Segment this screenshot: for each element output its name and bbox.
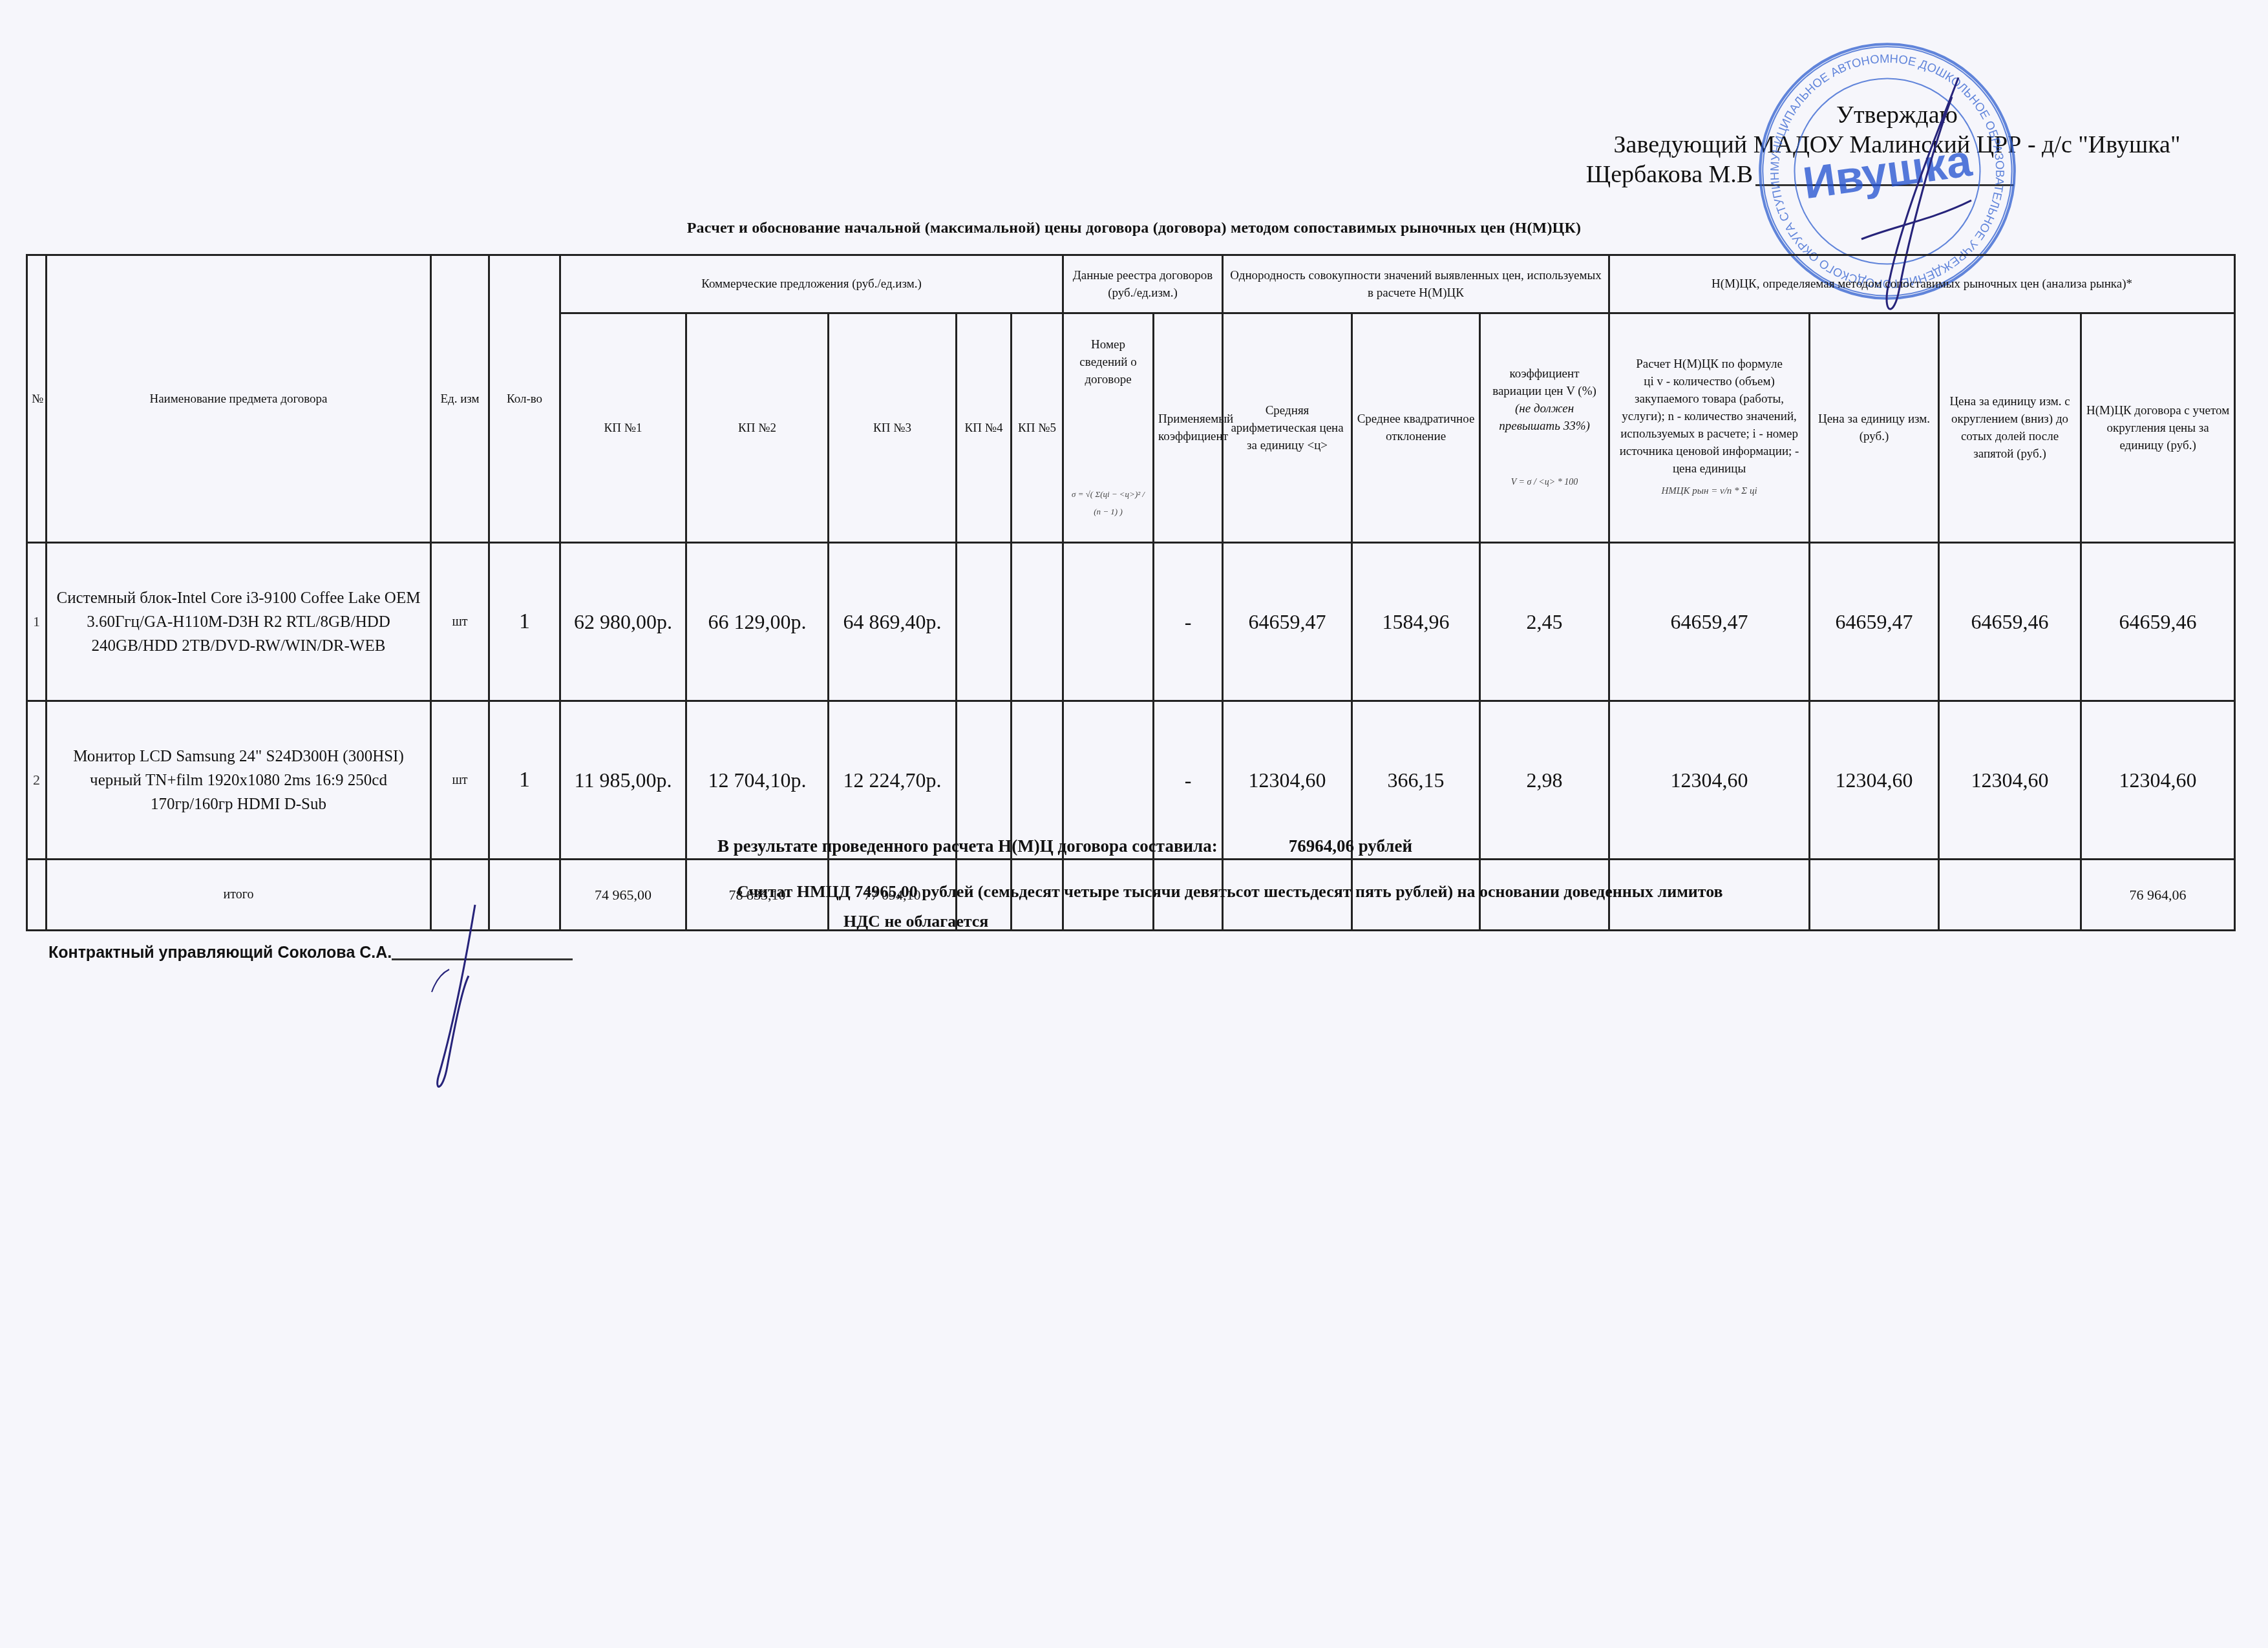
row-variation: 2,98 xyxy=(1480,701,1609,860)
table-row: 2 Монитор LCD Samsung 24" S24D300H (300H… xyxy=(27,701,2235,860)
row-nmck-calc: 64659,47 xyxy=(1609,543,1810,701)
nmck-calc-label: Расчет Н(М)ЦК по формуле xyxy=(1614,355,1805,373)
row-mean: 64659,47 xyxy=(1223,543,1352,701)
row-nmck-total: 64659,46 xyxy=(2081,543,2235,701)
price-calculation-table: № Наименование предмета договора Ед. изм… xyxy=(26,254,2236,931)
ncmd-statement: Считат НМЦД 74965,00 рублей (семьдесят ч… xyxy=(737,882,1723,902)
header-nmck-group: Н(М)ЦК, определяемая методом сопоставимы… xyxy=(1609,255,2235,313)
row-kp3: 12 224,70р. xyxy=(829,701,957,860)
row-item-name: Монитор LCD Samsung 24" S24D300H (300HSI… xyxy=(47,701,431,860)
header-kp4: КП №4 xyxy=(957,313,1012,543)
header-kp2: КП №2 xyxy=(686,313,829,543)
row-kp3: 64 869,40р. xyxy=(829,543,957,701)
row-coefficient: - xyxy=(1154,701,1223,860)
document-title: Расчет и обоснование начальной (максимал… xyxy=(0,220,2268,237)
contract-number-label: Номер сведений о договоре xyxy=(1068,336,1149,388)
header-variation: коэффициент вариации цен V (%) (не долже… xyxy=(1480,313,1609,543)
row-kp1: 62 980,00р. xyxy=(560,543,686,701)
row-unit: шт xyxy=(431,701,489,860)
total-unit-price-rounded xyxy=(1939,860,2081,931)
row-std-dev: 366,15 xyxy=(1352,701,1480,860)
row-nmck-calc: 12304,60 xyxy=(1609,701,1810,860)
total-label: итого xyxy=(47,860,431,931)
row-unit-price: 64659,47 xyxy=(1810,543,1939,701)
row-kp5 xyxy=(1012,701,1063,860)
header-kp1: КП №1 xyxy=(560,313,686,543)
header-std-dev: Среднее квадратичное отклонение xyxy=(1352,313,1480,543)
row-kp2: 12 704,10р. xyxy=(686,701,829,860)
result-value: 76964,06 рублей xyxy=(1289,836,1412,856)
result-line: В результате проведенного расчета Н(М)Ц … xyxy=(717,836,1412,856)
total-nmck: 76 964,06 xyxy=(2081,860,2235,931)
row-coefficient: - xyxy=(1154,543,1223,701)
header-nmck-total: Н(М)ЦК договора с учетом округления цены… xyxy=(2081,313,2235,543)
row-kp5 xyxy=(1012,543,1063,701)
header-homogeneity: Однородность совокупности значений выявл… xyxy=(1223,255,1609,313)
header-commercial-offers: Коммерческие предложения (руб./ед.изм.) xyxy=(560,255,1063,313)
approver-position: Заведующий МАДОУ Малинский ЦРР - д/с "Ив… xyxy=(1577,130,2217,160)
row-unit: шт xyxy=(431,543,489,701)
row-mean: 12304,60 xyxy=(1223,701,1352,860)
row-kp2: 66 129,00р. xyxy=(686,543,829,701)
signature-underline xyxy=(392,958,573,960)
nmck-calc-vars: цi v - количество (объем) закупаемого то… xyxy=(1614,373,1805,478)
result-text: В результате проведенного расчета Н(М)Ц … xyxy=(717,836,1218,856)
total-unit xyxy=(431,860,489,931)
total-kp1: 74 965,00 xyxy=(560,860,686,931)
header-nmck-calc: Расчет Н(М)ЦК по формуле цi v - количест… xyxy=(1609,313,1810,543)
contract-manager-label: Контрактный управляющий Соколова С.А. xyxy=(48,944,392,962)
header-mean-price: Средняя арифметическая цена за единицу <… xyxy=(1223,313,1352,543)
row-contract-number xyxy=(1063,701,1154,860)
header-unit-price: Цена за единицу изм. (руб.) xyxy=(1810,313,1939,543)
row-unit-price: 12304,60 xyxy=(1810,701,1939,860)
row-qty: 1 xyxy=(489,543,560,701)
sigma-formula: σ = √( Σ(цi − <ц>)² / (n − 1) ) xyxy=(1068,485,1149,520)
nmck-formula: НМЦК рын = v/n * Σ цi xyxy=(1614,483,1805,500)
approver-name: Щербакова М.В xyxy=(1586,161,1753,188)
row-kp4 xyxy=(957,543,1012,701)
row-kp4 xyxy=(957,701,1012,860)
contract-manager-line: Контрактный управляющий Соколова С.А. xyxy=(48,944,573,962)
row-no: 2 xyxy=(27,701,47,860)
approver-signature-line: Щербакова М.В xyxy=(1480,160,2120,189)
header-unit-price-rounded: Цена за единицу изм. с округлением (вниз… xyxy=(1939,313,2081,543)
header-qty: Кол-во xyxy=(489,255,560,543)
total-qty xyxy=(489,860,560,931)
row-nmck-total: 12304,60 xyxy=(2081,701,2235,860)
header-coefficient: Применяемый коэффициент xyxy=(1154,313,1223,543)
variation-hint: (не должен превышать 33%) xyxy=(1485,400,1604,435)
header-kp3: КП №3 xyxy=(829,313,957,543)
total-no xyxy=(27,860,47,931)
vat-note: НДС не облагается xyxy=(843,912,988,931)
row-variation: 2,45 xyxy=(1480,543,1609,701)
header-contract-number: Номер сведений о договоре σ = √( Σ(цi − … xyxy=(1063,313,1154,543)
row-contract-number xyxy=(1063,543,1154,701)
variation-formula: V = σ / <ц> * 100 xyxy=(1485,474,1604,491)
header-no: № xyxy=(27,255,47,543)
header-kp5: КП №5 xyxy=(1012,313,1063,543)
signature-underline xyxy=(1755,184,2014,186)
row-no: 1 xyxy=(27,543,47,701)
row-item-name: Системный блок-Intel Core i3-9100 Coffee… xyxy=(47,543,431,701)
total-unit-price xyxy=(1810,860,1939,931)
header-item-name: Наименование предмета договора xyxy=(47,255,431,543)
row-qty: 1 xyxy=(489,701,560,860)
header-unit: Ед. изм xyxy=(431,255,489,543)
table-row: 1 Системный блок-Intel Core i3-9100 Coff… xyxy=(27,543,2235,701)
approval-block: Утверждаю Заведующий МАДОУ Малинский ЦРР… xyxy=(1577,100,2217,189)
approve-label: Утверждаю xyxy=(1577,100,2217,130)
row-unit-price-rounded: 64659,46 xyxy=(1939,543,2081,701)
row-unit-price-rounded: 12304,60 xyxy=(1939,701,2081,860)
variation-label: коэффициент вариации цен V (%) xyxy=(1485,365,1604,400)
row-kp1: 11 985,00р. xyxy=(560,701,686,860)
row-std-dev: 1584,96 xyxy=(1352,543,1480,701)
header-registry: Данные реестра договоров (руб./ед.изм.) xyxy=(1063,255,1223,313)
